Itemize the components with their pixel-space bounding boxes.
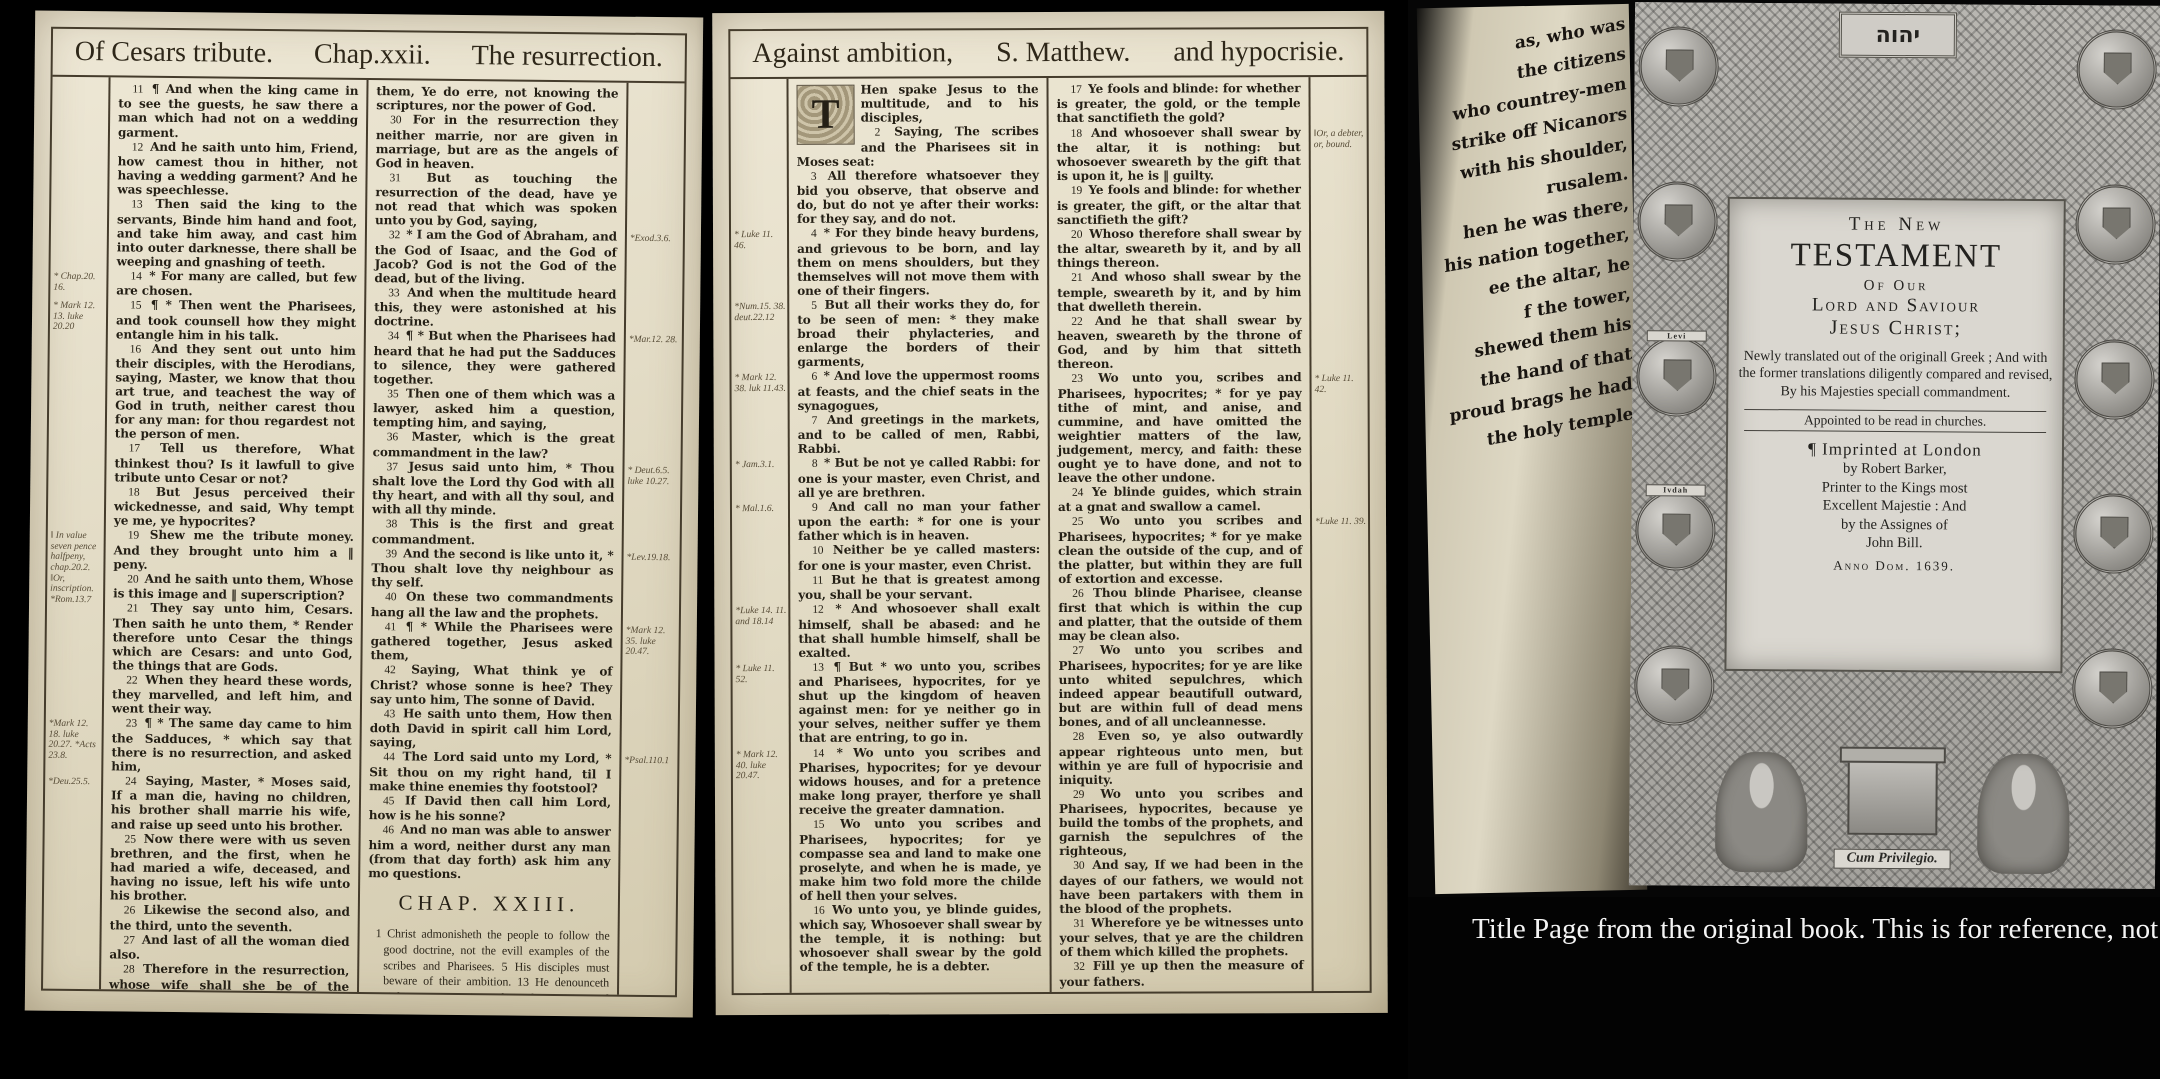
verse: 7 And greetings in the markets, and to b… — [798, 412, 1040, 456]
margin-note: * Jam.3.1. — [735, 460, 787, 471]
verse: 26 Thou blinde Pharisee, cleanse first t… — [1058, 585, 1302, 643]
verse: 21 And whoso shall swear by the temple, … — [1057, 269, 1301, 313]
tribe-medallion — [1634, 645, 1715, 726]
tribe-medallion — [1638, 26, 1719, 107]
left-page-column-2: them, Ye do erre, not knowing the script… — [359, 80, 685, 995]
verse: 16 Wo unto you, ye blinde guides, which … — [799, 902, 1041, 974]
ornate-initial: T — [797, 85, 855, 145]
verse: 11 But he that is greatest among you, sh… — [798, 572, 1040, 602]
verse-number: 3 — [811, 170, 819, 182]
verse-number: 28 — [1073, 731, 1086, 743]
book-name: S. Matthew. — [996, 37, 1130, 69]
verse-number: 18 — [128, 486, 141, 498]
running-title-left: Against ambition, — [752, 37, 953, 70]
verse-number: 38 — [386, 519, 399, 531]
verse-number: 36 — [387, 432, 400, 444]
verse: 11 ¶ And when the king came in to see th… — [118, 81, 359, 141]
margin-note: * Mark 12. 13. luke 20.20 — [53, 301, 105, 333]
shield-icon — [2104, 52, 2132, 84]
middle-page: Against ambition, S. Matthew. and hypocr… — [712, 11, 1387, 1015]
scripture-text: 17 Ye fools and blinde: for whether is g… — [1048, 77, 1313, 992]
left-page-running-header: Of Cesars tribute. Chap.xxii. The resurr… — [53, 29, 685, 84]
verse: 31 But as touching the resurrection of t… — [375, 170, 618, 230]
verse-number: 8 — [812, 458, 820, 470]
verse-number: 22 — [1071, 315, 1084, 327]
imprint-line: ¶ Imprinted at London — [1738, 439, 2052, 461]
verse: 35 Then one of them which was a lawyer, … — [373, 386, 615, 432]
verse: 26 Likewise the second also, and the thi… — [110, 902, 350, 934]
middle-page-column-2: 17 Ye fools and blinde: for whether is g… — [1048, 77, 1369, 992]
altar-engraving — [1847, 757, 1938, 836]
margin-note: * Deut.6.5. luke 10.27. — [627, 466, 679, 488]
scripture-text: them, Ye do erre, not knowing the script… — [359, 80, 629, 995]
imprint-line-john-bill: John Bill. — [1737, 533, 2051, 554]
shield-icon — [2100, 517, 2128, 549]
margin-note: ‖ In value seven pence halfpeny, chap.20… — [50, 531, 103, 606]
verse-number: 15 — [130, 300, 143, 312]
verse: 33 And when the multitude heard this, th… — [374, 285, 616, 331]
verse-number: 27 — [123, 934, 136, 946]
photograph-of-bible-leaves: Of Cesars tribute. Chap.xxii. The resurr… — [0, 0, 2160, 1079]
verse: 42 Saying, What think ye of Christ? whos… — [370, 662, 612, 708]
verse-number: 39 — [386, 548, 399, 560]
verse: 16 And they sent out unto him their disc… — [115, 341, 356, 443]
margin-note: *Psal.110.1 — [624, 756, 676, 767]
verse: 44 The Lord said unto my Lord, * Sit tho… — [369, 749, 611, 795]
verse-number: 21 — [127, 603, 140, 615]
verse-number: 28 — [123, 964, 136, 976]
verse-number: 23 — [126, 718, 139, 730]
verse-number: 16 — [130, 343, 143, 355]
left-page-ruled-frame: Of Cesars tribute. Chap.xxii. The resurr… — [41, 27, 687, 998]
verse: 30 And say, If we had been in the dayes … — [1059, 857, 1303, 915]
margin-note: * Chap.20. 16. — [53, 272, 105, 294]
engraved-title-page: יהוה Levi Ivdah — [1629, 2, 2160, 889]
verse-number: 13 — [813, 662, 826, 674]
verse-number: 31 — [389, 172, 402, 184]
verse: 13 Then said the king to the servants, B… — [117, 196, 358, 270]
verse-number: 17 — [129, 443, 142, 455]
title-subtitle: Newly translated out of the originall Gr… — [1738, 348, 2052, 402]
verse: 3 All therefore whatsoever they bid you … — [797, 168, 1039, 226]
verse: 32 * I am the God of Abraham, and the Go… — [374, 227, 617, 287]
tribe-label: Ivdah — [1646, 485, 1706, 497]
title-cartouche: The New TESTAMENT Of Our Lord and Saviou… — [1726, 199, 2063, 671]
cum-privilegio-banner: Cum Privilegio. — [1834, 849, 1951, 870]
scripture-text: 11 ¶ And when the king came in to see th… — [99, 77, 369, 992]
verse: 29 Wo unto you scribes and Pharisees, hy… — [1059, 786, 1303, 858]
verse-number: 11 — [132, 84, 145, 96]
verse: 24 Ye blinde guides, which strain at a g… — [1058, 484, 1302, 514]
verse-number: 10 — [812, 545, 825, 557]
verse-number: 46 — [383, 825, 396, 837]
margin-note: *Num.15. 38. deut.22.12 — [734, 302, 786, 323]
margin-note: * Luke 11. 42. — [1315, 374, 1367, 395]
shield-icon — [1664, 204, 1692, 236]
verse-number: 35 — [387, 388, 400, 400]
verse: 15 ¶ * Then went the Pharisees, and took… — [116, 298, 356, 344]
border-medallions-right — [2070, 29, 2159, 729]
verse: 23 Wo unto you, scribes and Pharisees, h… — [1058, 370, 1302, 485]
verse: 39 And the second is like unto it, * Tho… — [371, 546, 613, 592]
imprint-line: Printer to the Kings most — [1738, 478, 2052, 499]
verse-number: 16 — [813, 904, 826, 916]
verse: 17 Ye fools and blinde: for whether is g… — [1056, 81, 1300, 125]
imprint-line: by Robert Barker, — [1738, 459, 2052, 480]
verse-number: 42 — [384, 665, 397, 677]
verse: 32 Fill ye up then the measure of your f… — [1060, 958, 1304, 988]
verse: 15 Wo unto you scribes and Pharisees, hy… — [799, 816, 1041, 902]
verse: 18 And whosoever shall swear by the alta… — [1057, 125, 1301, 183]
verse: 5 But all their works they do, for to be… — [797, 297, 1039, 369]
tribe-medallion — [2075, 184, 2156, 265]
tribe-medallion — [1637, 181, 1718, 262]
verse-number: 31 — [1073, 918, 1086, 930]
imprint-line: Excellent Majestie : And — [1738, 496, 2052, 517]
verse: 8 * But be not ye called Rabbi: for one … — [798, 455, 1040, 499]
verse: 36 Master, which is the great commandmen… — [373, 429, 615, 461]
verse: 41 ¶ * While the Pharisees were gathered… — [370, 619, 612, 665]
verse: 19 Shew me the tribute money. And they b… — [113, 528, 353, 574]
verse-number: 17 — [1071, 84, 1084, 96]
verse: 19 Ye fools and blinde: for whether is g… — [1057, 182, 1301, 226]
verse-number: 19 — [128, 530, 141, 542]
verse-number: 11 — [812, 575, 825, 587]
verse-number: 40 — [385, 592, 398, 604]
evangelist-figure-left — [1715, 752, 1808, 873]
verse: 25 Now there were with us seven brethren… — [110, 831, 351, 905]
margin-note: * Luke 11. 46. — [734, 230, 786, 251]
verse: 22 When they heard these words, they mar… — [112, 672, 352, 718]
margin-note: *Luke 11. 39. — [1315, 517, 1367, 528]
margin-note: ‖Or, a debter, or, bound. — [1314, 129, 1366, 150]
margin-note: *Mark 12. 18. luke 20.27. *Acts 23.8. — [48, 719, 100, 762]
verse: 38 This is the first and great commandme… — [372, 516, 614, 548]
verse-number: 18 — [1071, 127, 1084, 139]
verse: 21 They say unto him, Cesars. Then saith… — [112, 601, 353, 675]
verse: 4 * For they binde heavy burdens, and gr… — [797, 225, 1039, 297]
verse-number: 30 — [390, 114, 403, 126]
verse: 14 * Wo unto you scribes and Pharises, h… — [799, 745, 1041, 817]
verse-number: 27 — [1072, 645, 1085, 657]
tribe-medallion — [2076, 29, 2157, 110]
margin-note: * Mal.1.6. — [735, 504, 787, 515]
verse-number: 23 — [1072, 373, 1085, 385]
verse: 17 Tell us therefore, What thinkest thou… — [114, 441, 354, 487]
verse: 9 And call no man your father upon the e… — [798, 499, 1040, 543]
verse: 30 For in the resurrection they neither … — [376, 112, 619, 172]
tribe-medallion-judah: Ivdah — [1635, 490, 1716, 571]
verse-number: 24 — [125, 775, 138, 787]
margin-note: *Lev.19.18. — [626, 553, 678, 564]
verse: 28 Even so, ye also outwardly appear rig… — [1059, 728, 1303, 786]
verse-number: 12 — [812, 604, 825, 616]
verse: 46 And no man was able to answer him a w… — [368, 822, 611, 882]
margin-note: * Mark 12. 38. luk 11.43. — [735, 373, 787, 394]
verse-number: 14 — [813, 747, 826, 759]
middle-page-ruled-frame: Against ambition, S. Matthew. and hypocr… — [728, 27, 1371, 995]
anno-dom-line: Anno Dom. 1639. — [1737, 557, 2051, 575]
shield-icon — [1666, 49, 1694, 81]
verse-number: 32 — [1074, 961, 1087, 973]
verse-number: 22 — [126, 674, 139, 686]
verse-number: 20 — [127, 573, 140, 585]
verse: 14 * For many are called, but few are ch… — [116, 268, 356, 300]
verse-number: 2 — [875, 127, 883, 139]
left-page-column-1: * Chap.20. 16.* Mark 12. 13. luke 20.20‖… — [43, 77, 369, 992]
verse: 23 ¶ * The same day came to him the Sadd… — [111, 716, 352, 776]
tetragrammaton-text: יהוה — [1876, 22, 1920, 47]
verse-number: 25 — [1072, 516, 1085, 528]
middle-page-running-header: Against ambition, S. Matthew. and hypocr… — [730, 29, 1366, 79]
appointed-rule: Appointed to be read in churches. — [1744, 409, 2046, 433]
verse: 13 ¶ But * wo unto you, scribes and Phar… — [799, 659, 1041, 745]
verse-number: 26 — [1072, 588, 1085, 600]
verse-number: 25 — [125, 833, 138, 845]
verse-number: 7 — [812, 415, 820, 427]
title-line-of-our: Of Our — [1739, 277, 2053, 296]
verse-number: 20 — [1071, 228, 1084, 240]
title-line-the-new: The New — [1739, 213, 2053, 237]
verse-number: 44 — [383, 752, 396, 764]
verse: 40 On these two commandments hang all th… — [371, 589, 613, 621]
photo-caption: Title Page from the original book. This … — [1472, 903, 2160, 955]
margin-note: *Mar.12. 28. — [629, 335, 681, 346]
shield-icon — [2099, 671, 2127, 703]
margin-note: *Deu.25.5. — [48, 777, 100, 788]
scripture-text: THen spake Jesus to the multitude, and t… — [786, 78, 1051, 993]
verse: 24 Saying, Master, * Moses said, If a ma… — [111, 773, 352, 833]
tetragrammaton-cartouche: יהוה — [1839, 12, 1957, 59]
verse: 12 * And whosoever shall exalt himself, … — [798, 601, 1040, 659]
verse-number: 15 — [813, 819, 826, 831]
imprint-line: by the Assignes of — [1737, 515, 2051, 536]
verse-number: 29 — [1073, 788, 1086, 800]
verse: 34 ¶ * But when the Pharisees had heard … — [373, 328, 616, 388]
verse-number: 24 — [1072, 487, 1085, 499]
verse: 6 * And love the uppermost rooms at feas… — [797, 368, 1039, 412]
verse-number: 41 — [385, 621, 398, 633]
tribe-medallion-levi: Levi — [1636, 336, 1717, 417]
verse-number: 32 — [389, 229, 402, 241]
verse-number: 19 — [1071, 185, 1084, 197]
margin-note: *Mark 12. 35. luke 20.47. — [626, 626, 678, 658]
verse-number: 34 — [388, 330, 401, 342]
left-page: Of Cesars tribute. Chap.xxii. The resurr… — [25, 11, 703, 1018]
margin-notes-column: *Exod.3.6.*Mar.12. 28.* Deut.6.5. luke 1… — [619, 83, 685, 996]
margin-notes-column: ‖Or, a debter, or, bound.* Luke 11. 42.*… — [1310, 77, 1369, 991]
verse: 25 Wo unto you scribes and Pharisees, hy… — [1058, 513, 1302, 585]
border-medallions-left: Levi Ivdah — [1632, 26, 1721, 726]
verse-number: 37 — [386, 461, 399, 473]
tribe-medallion — [2074, 339, 2155, 420]
running-title-right: The resurrection. — [471, 40, 663, 74]
tribe-medallion — [2073, 493, 2154, 574]
verse-number: 9 — [812, 502, 820, 514]
middle-page-column-1: * Luke 11. 46.*Num.15. 38. deut.22.12* M… — [730, 78, 1051, 993]
verse: 37 Jesus said unto him, * Thou shalt lov… — [372, 459, 615, 519]
shield-icon — [2101, 362, 2129, 394]
margin-note: *Luke 14. 11. and 18.14 — [735, 606, 787, 627]
title-line-testament: TESTAMENT — [1739, 237, 2053, 276]
verse: 27 And last of all the woman died also. — [109, 932, 349, 964]
verse-number: 6 — [812, 371, 820, 383]
verse-number: 26 — [124, 905, 137, 917]
margin-note: *Exod.3.6. — [630, 234, 682, 245]
verse: 18 But Jesus perceived their wickednesse… — [114, 484, 354, 530]
verse: them, Ye do erre, not knowing the script… — [376, 84, 618, 115]
verse-number: 13 — [131, 199, 144, 211]
running-title-left: Of Cesars tribute. — [75, 36, 274, 70]
curled-facing-page: as, who wasthe citizenswho countrey-mens… — [1417, 4, 1648, 894]
verse: 20 And he saith unto them, Whose is this… — [113, 571, 353, 603]
shield-icon — [1661, 668, 1689, 700]
title-line-lord-saviour: Lord and Saviour — [1739, 294, 2053, 318]
margin-notes-column: * Chap.20. 16.* Mark 12. 13. luke 20.20‖… — [43, 77, 109, 990]
title-line-jesus-christ: Jesus Christ; — [1739, 316, 2053, 341]
tribe-medallion — [2072, 648, 2153, 729]
verse: 10 Neither be ye called masters: for one… — [798, 542, 1040, 572]
margin-note: * Luke 11. 52. — [736, 664, 788, 685]
verse-number: 33 — [388, 287, 401, 299]
margin-note: * Mark 12. 40. luke 20.47. — [736, 750, 788, 782]
verse: 20 Whoso therefore shall swear by the al… — [1057, 226, 1301, 270]
verse: 27 Wo unto you scribes and Pharisees, hy… — [1058, 643, 1302, 729]
chapter-summary: 1 Christ admonisheth the people to follo… — [367, 927, 610, 995]
open-book: as, who wasthe citizenswho countrey-mens… — [1408, 0, 2160, 897]
verse: 28 Therefore in the resurrection, whose … — [109, 961, 349, 992]
verse: 22 And he that shall swear by heaven, sw… — [1057, 313, 1301, 371]
verse: 43 He saith unto them, How then doth Dav… — [370, 706, 612, 752]
shield-icon — [2102, 207, 2130, 239]
verse-number: 12 — [132, 141, 145, 153]
verse: 31 Wherefore ye be witnesses unto your s… — [1059, 915, 1303, 959]
verse-number: 45 — [383, 795, 396, 807]
shield-icon — [1663, 359, 1691, 391]
verse: 12 And he saith unto him, Friend, how ca… — [117, 139, 358, 199]
running-title-right: and hypocrisie. — [1173, 36, 1344, 69]
evangelist-figure-right — [1977, 754, 2070, 875]
chapter-number: Chap.xxii. — [314, 38, 431, 71]
chapter-heading: CHAP. XXIII. — [368, 890, 610, 917]
shield-icon — [1662, 514, 1690, 546]
verse-number: 14 — [130, 270, 143, 282]
verse-number: 30 — [1073, 860, 1086, 872]
margin-notes-column: * Luke 11. 46.*Num.15. 38. deut.22.12* M… — [730, 79, 789, 993]
verse-number: 4 — [811, 228, 819, 240]
verse: 45 If David then call him Lord, how is h… — [369, 793, 611, 825]
verse-number: 21 — [1071, 272, 1084, 284]
verse-number: 5 — [811, 300, 819, 312]
title-page-photo: as, who wasthe citizenswho countrey-mens… — [1408, 0, 2160, 1079]
bottom-engraved-scene: Cum Privilegio. — [1715, 718, 2070, 880]
tribe-label: Levi — [1647, 330, 1707, 342]
verse-number: 43 — [384, 708, 397, 720]
